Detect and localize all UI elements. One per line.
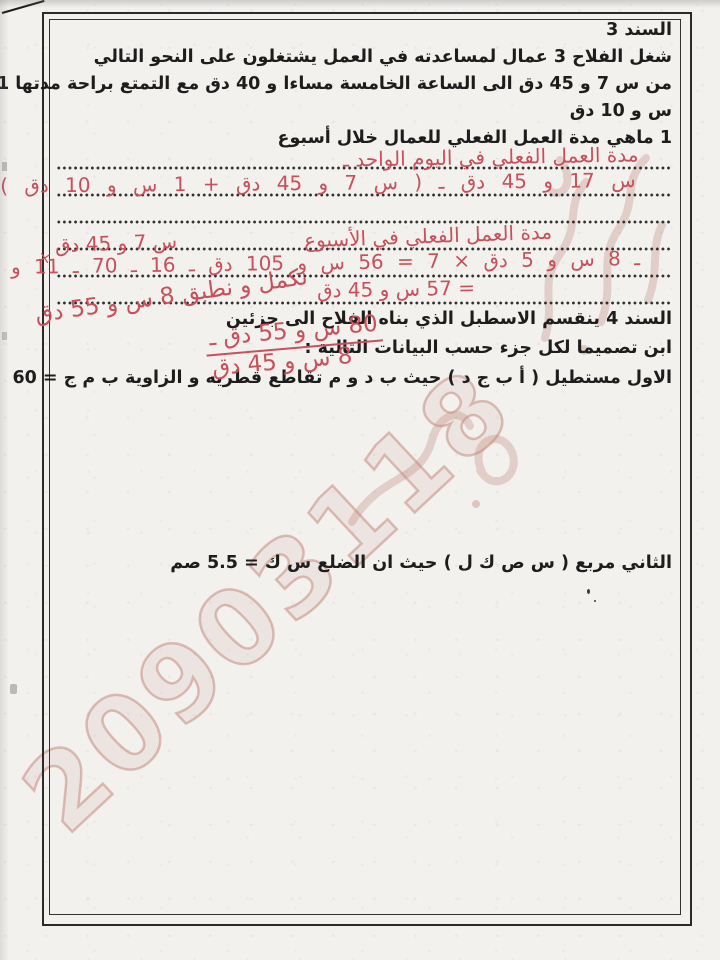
scan-edge-mark <box>2 332 7 340</box>
exercise4-part2: الثاني مربع ( س ص ك ل ) حيث ان الضلع س ك… <box>170 553 672 573</box>
exercise3-schedule-cont: س و 10 دق <box>570 101 672 121</box>
scan-edge-mark <box>10 684 17 694</box>
scan-edge-mark <box>2 162 7 171</box>
exercise4-part1: الاول مستطيل ( أ ب ج د ) حيث ب د و م تقا… <box>12 368 672 388</box>
exercise3-title: السند 3 <box>606 20 672 40</box>
exercise3-schedule: من س 7 و 45 دق الى الساعة الخامسة مساءا … <box>0 74 672 94</box>
exercise3-intro: شغل الفلاح 3 عمال لمساعدته في العمل يشتغ… <box>94 47 672 67</box>
scanned-exam-page: 20903118 السند 3 شغل الفلاح 3 عمال لمساع… <box>0 0 720 960</box>
red-answer-total: = 57 س و 45 دق <box>317 276 475 303</box>
scan-corner-artifact <box>2 0 45 14</box>
answer-dotted-line <box>56 220 672 224</box>
